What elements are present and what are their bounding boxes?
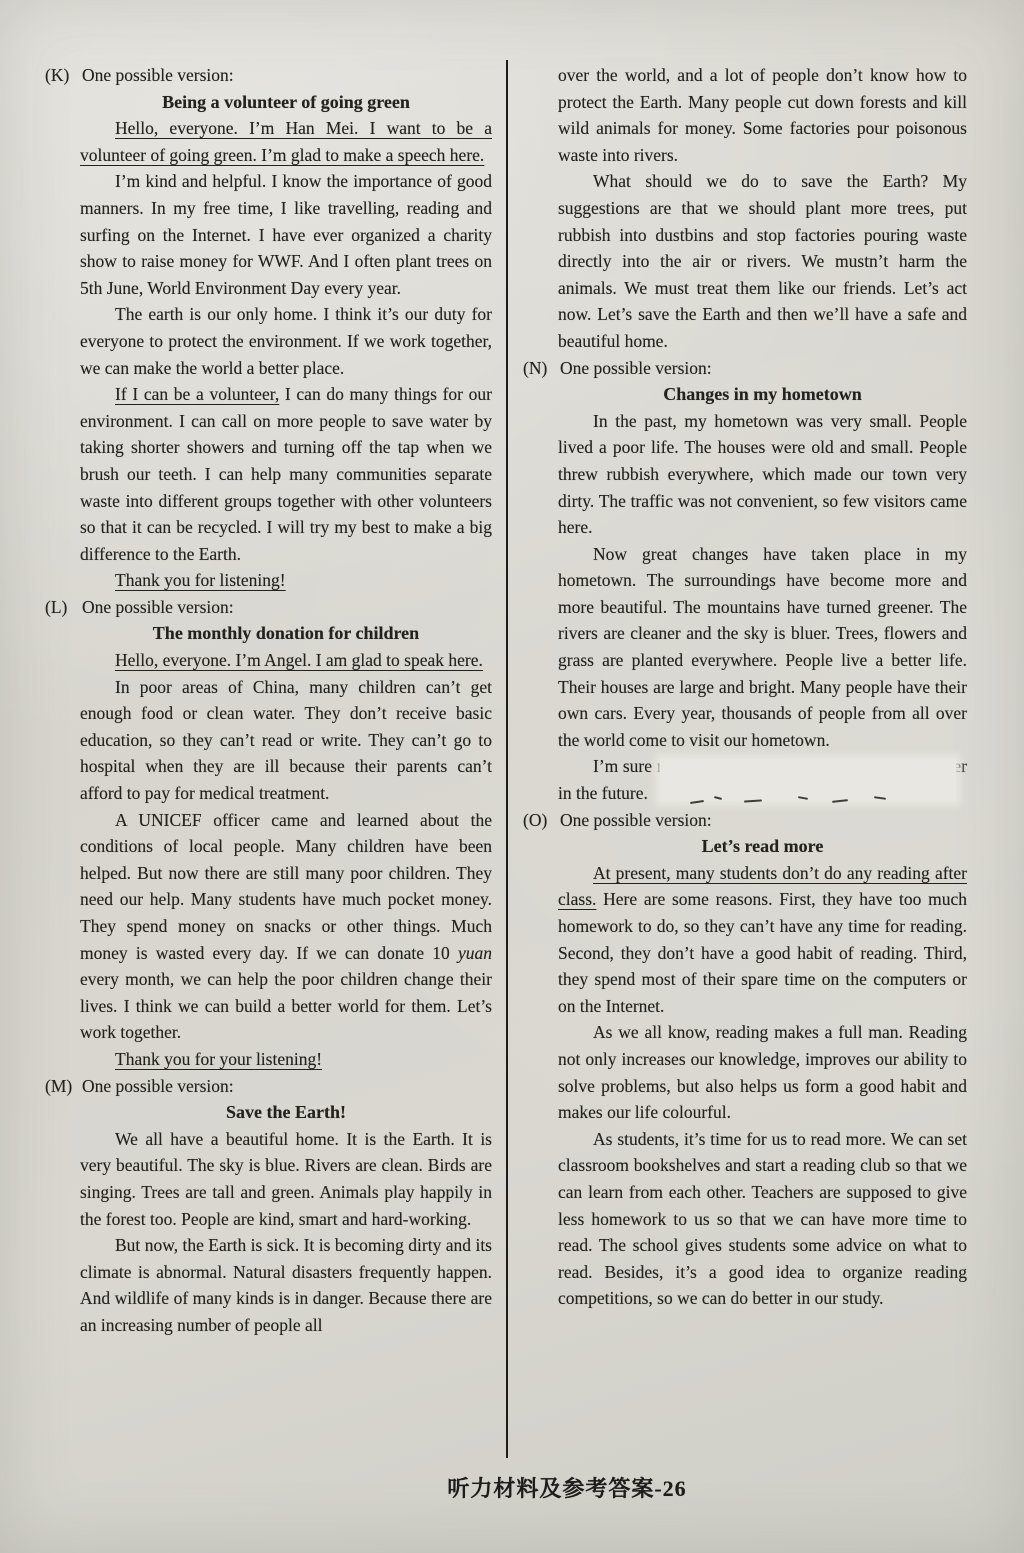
section-intro-text: One possible version: [82, 65, 234, 85]
text-run: In poor areas of China, many children ca… [80, 677, 492, 803]
essay-paragraph: If I can be a volunteer, I can do many t… [80, 381, 492, 567]
section-intro-text: One possible version: [82, 597, 234, 617]
whiteout-correction-patch [660, 759, 956, 801]
text-run: Hello, everyone. I’m Angel. I am glad to… [115, 650, 483, 670]
left-column: (K)One possible version:Being a voluntee… [45, 62, 492, 1339]
section-label-line: (M)One possible version: [45, 1073, 492, 1100]
essay-paragraph: Hello, everyone. I’m Angel. I am glad to… [80, 647, 492, 674]
text-run: I can do many things for our environment… [80, 384, 492, 564]
text-run: over the world, and a lot of people don’… [558, 65, 967, 165]
essay-title: Let’s read more [558, 833, 967, 860]
text-run: Thank you for listening! [115, 570, 286, 590]
text-run: We all have a beautiful home. It is the … [80, 1129, 492, 1229]
page-footer: 听力材料及参考答案-26 [447, 1472, 686, 1503]
text-run: every month, we can help the poor childr… [80, 969, 492, 1042]
text-run: I’m kind and helpful. I know the importa… [80, 171, 492, 297]
section-label: (K) [45, 62, 82, 89]
text-run: But now, the Earth is sick. It is becomi… [80, 1235, 492, 1335]
text-run: Now great changes have taken place in my… [558, 544, 967, 750]
essay-paragraph: I’m kind and helpful. I know the importa… [80, 168, 492, 301]
essay-paragraph: Thank you for your listening! [80, 1046, 492, 1073]
text-run: As students, it’s time for us to read mo… [558, 1129, 967, 1309]
essay-paragraph: over the world, and a lot of people don’… [558, 62, 967, 168]
essay-paragraph: Hello, everyone. I’m Han Mei. I want to … [80, 115, 492, 168]
text-run: A UNICEF officer came and learned about … [80, 810, 492, 963]
essay-paragraph: Now great changes have taken place in my… [558, 541, 967, 754]
text-run: In the past, my hometown was very small.… [558, 411, 967, 537]
essay-paragraph: In poor areas of China, many children ca… [80, 674, 492, 807]
section-intro-text: One possible version: [560, 358, 712, 378]
section-label: (O) [523, 807, 560, 834]
essay-title: Being a volunteer of going green [80, 89, 492, 116]
section-label-line: (O)One possible version: [523, 807, 967, 834]
right-column: over the world, and a lot of people don’… [523, 62, 967, 1312]
text-run: yuan [458, 943, 492, 963]
essay-paragraph: In the past, my hometown was very small.… [558, 408, 967, 541]
text-run: Here are some reasons. First, they have … [558, 889, 967, 1015]
section-label-line: (N)One possible version: [523, 355, 967, 382]
text-run: Thank you for your listening! [115, 1049, 322, 1069]
section-intro-text: One possible version: [82, 1076, 234, 1096]
essay-paragraph: But now, the Earth is sick. It is becomi… [80, 1232, 492, 1338]
essay-paragraph: As students, it’s time for us to read mo… [558, 1126, 967, 1312]
text-run: The earth is our only home. I think it’s… [80, 304, 492, 377]
text-run: If I can be a volunteer, [115, 384, 279, 404]
section-label-line: (L)One possible version: [45, 594, 492, 621]
essay-title: Save the Earth! [80, 1099, 492, 1126]
section-intro-text: One possible version: [560, 810, 712, 830]
essay-paragraph: At present, many students don’t do any r… [558, 860, 967, 1020]
essay-title: The monthly donation for children [80, 620, 492, 647]
text-run: As we all know, reading makes a full man… [558, 1022, 967, 1122]
section-label: (L) [45, 594, 82, 621]
essay-paragraph: A UNICEF officer came and learned about … [80, 807, 492, 1046]
essay-paragraph: We all have a beautiful home. It is the … [80, 1126, 492, 1232]
section-label: (N) [523, 355, 560, 382]
section-label-line: (K)One possible version: [45, 62, 492, 89]
essay-paragraph: What should we do to save the Earth? My … [558, 168, 967, 354]
section-label: (M) [45, 1073, 82, 1100]
text-run: What should we do to save the Earth? My … [558, 171, 967, 351]
essay-title: Changes in my hometown [558, 381, 967, 408]
column-divider [506, 60, 508, 1458]
essay-paragraph: Thank you for listening! [80, 567, 492, 594]
essay-paragraph: The earth is our only home. I think it’s… [80, 301, 492, 381]
essay-paragraph: As we all know, reading makes a full man… [558, 1019, 967, 1125]
text-run: Hello, everyone. I’m Han Mei. I want to … [80, 118, 492, 165]
